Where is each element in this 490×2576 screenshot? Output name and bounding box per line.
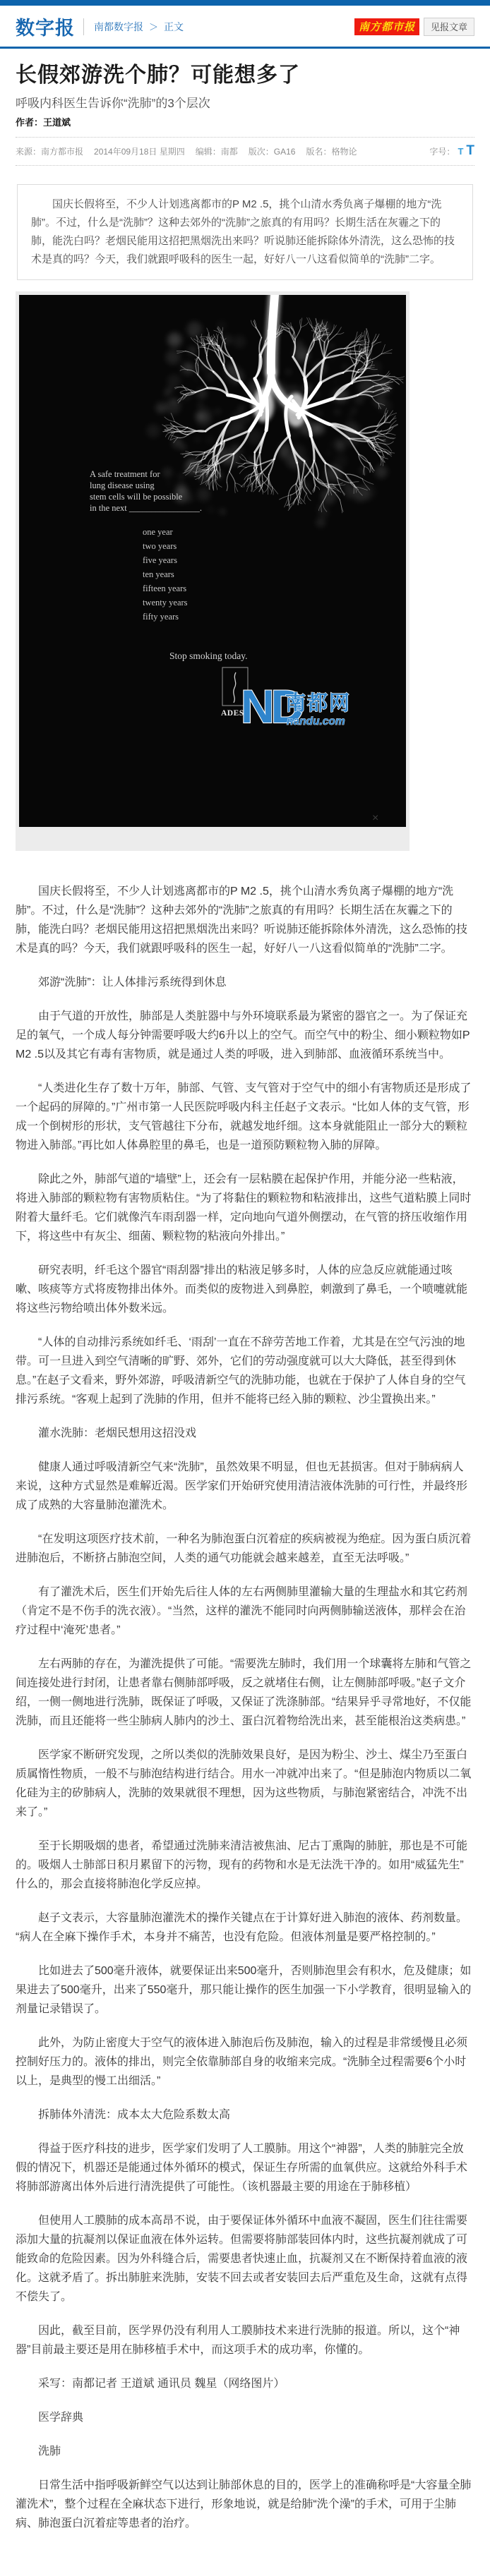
meta-item: 编辑：南都 xyxy=(196,147,238,157)
article-author: 作者：王道斌 xyxy=(16,115,474,128)
ad-option: fifteen years xyxy=(143,583,186,593)
body-paragraph: 健康人通过呼吸清新空气来“洗肺”，虽然效果不明显，但也无甚损害。但对于肺病病人来… xyxy=(16,1458,474,1515)
ad-option: ten years xyxy=(143,569,174,579)
top-bar xyxy=(0,0,490,6)
breadcrumb: 南都数字报 ＞ 正文 xyxy=(94,20,184,34)
site-logo[interactable]: 数字报 xyxy=(16,13,75,40)
ad-option: two years xyxy=(143,541,177,551)
figure-frame: A safe treatment for lung disease using … xyxy=(16,291,410,851)
meta-item: 2014年09月18日 星期四 xyxy=(94,147,185,157)
view-printed-article-button[interactable]: 见报文章 xyxy=(424,18,474,36)
body-paragraph: “人体的自动排污系统如纤毛、‘雨刮’一直在不辞劳苦地工作着，尤其是在空气污浊的地… xyxy=(16,1333,474,1409)
close-icon[interactable]: × xyxy=(372,812,378,824)
watermark-domain: nandu.com xyxy=(287,715,345,727)
article-title: 长假郊游洗个肺？可能想多了 xyxy=(16,62,474,89)
meta-item: 来源：南方都市报 xyxy=(16,147,83,157)
body-paragraph: 此外，为防止密度大于空气的液体进入肺泡后伤及肺泡，输入的过程是非常缓慢且必须控制… xyxy=(16,2033,474,2091)
body-paragraph: 左右两肺的存在，为灌洗提供了可能。“需要洗左肺时，我们用一个球囊将左肺和气管之间… xyxy=(16,1655,474,1731)
body-paragraph: 但使用人工膜肺的成本高昂不说，由于要保证体外循环中血液不凝固，医生们往往需要添加… xyxy=(16,2211,474,2306)
body-paragraph: 国庆长假将至，不少人计划逃离都市的P M2 .5，挑个山清水秀负离子爆棚的地方“… xyxy=(16,882,474,958)
ad-option: fifty years xyxy=(143,612,179,622)
dotted-divider xyxy=(16,165,474,166)
body-paragraph: 由于气道的开放性，肺部是人类脏器中与外环境联系最为紧密的器官之一。为了保证充足的… xyxy=(16,1007,474,1064)
ad-line: in the next ________________. xyxy=(90,503,202,513)
body-paragraph: 至于长期吸烟的患者，希望通过洗肺来清洁被焦油、尼古丁熏陶的肺脏，那也是不可能的。… xyxy=(16,1837,474,1894)
fontsize-label: 字号： xyxy=(429,145,455,157)
ad-line: lung disease using xyxy=(90,480,155,490)
article-figure: A safe treatment for lung disease using … xyxy=(16,291,474,851)
site-header: 数字报 南都数字报 ＞ 正文 南方都市报 见报文章 xyxy=(0,6,490,47)
body-paragraph: 有了灌洗术后，医生们开始先后往人体的左右两侧肺里灌输大量的生理盐水和其它药剂（肯… xyxy=(16,1583,474,1640)
section-heading: 郊游“洗肺”：让人体排污系统得到休息 xyxy=(16,973,474,992)
body-paragraph: “人类进化生存了数十万年，肺部、气管、支气管对于空气中的细小有害物质还是形成了一… xyxy=(16,1079,474,1155)
ad-line: A safe treatment for xyxy=(90,469,160,479)
lead-box: 国庆长假将至，不少人计划逃离都市的P M2 .5，挑个山清水秀负离子爆棚的地方“… xyxy=(17,184,473,280)
body-paragraph: 因此，截至目前，医学界仍没有利用人工膜肺技术来进行洗肺的报道。所以，这个“神器”… xyxy=(16,2321,474,2359)
body-paragraph: 采写：南都记者 王道斌 通讯员 魏星（网络图片） xyxy=(16,2374,474,2393)
body-paragraph: 除此之外，肺部气道的“墙壁”上，还会有一层粘膜在起保护作用，并能分泌一些粘液，将… xyxy=(16,1170,474,1246)
breadcrumb-site-link[interactable]: 南都数字报 xyxy=(94,20,143,34)
chevron-right-icon: ＞ xyxy=(149,20,158,33)
meta-row: 来源：南方都市报2014年09月18日 星期四编辑：南都版次：GA16版名：格物… xyxy=(16,138,474,165)
font-larger-button[interactable]: T xyxy=(466,143,474,159)
lung-ad-image[interactable]: A safe treatment for lung disease using … xyxy=(19,295,406,827)
ad-option: one year xyxy=(143,527,174,537)
header-divider xyxy=(83,18,84,35)
ad-line: stem cells will be possible xyxy=(90,492,183,502)
article: 长假郊游洗个肺？可能想多了 呼吸内科医生告诉你“洗肺”的3个层次 作者：王道斌 … xyxy=(0,62,490,2576)
meta-items: 来源：南方都市报2014年09月18日 星期四编辑：南都版次：GA16版名：格物… xyxy=(16,145,367,157)
article-body: 国庆长假将至，不少人计划逃离都市的P M2 .5，挑个山清水秀负离子爆棚的地方“… xyxy=(16,882,474,2576)
section-heading: 医学辞典 xyxy=(16,2408,474,2427)
body-paragraph: 得益于医疗科技的进步，医学家们发明了人工膜肺。用这个“神器”，人类的肺脏完全放假… xyxy=(16,2139,474,2196)
body-paragraph: 赵子文表示，大容量肺泡灌洗术的操作关键点在于计算好进入肺泡的液体、药剂数量。“病… xyxy=(16,1909,474,1947)
header-rule xyxy=(0,47,490,49)
paper-masthead-badge[interactable]: 南方都市报 xyxy=(354,18,419,35)
meta-item: 版次：GA16 xyxy=(249,147,296,157)
section-heading: 洗肺 xyxy=(16,2442,474,2461)
breadcrumb-current: 正文 xyxy=(164,20,184,34)
font-smaller-button[interactable]: T xyxy=(458,146,463,157)
watermark-cn: 南都网 xyxy=(285,691,351,715)
ad-option: five years xyxy=(143,555,177,565)
body-paragraph: 比如进去了500毫升液体，就要保证出来500毫升，否则肺泡里会有积水，危及健康；… xyxy=(16,1961,474,2019)
section-heading: 拆肺体外清洗：成本太大危险系数太高 xyxy=(16,2105,474,2124)
lead-paragraph: 国庆长假将至，不少人计划逃离都市的P M2 .5，挑个山清水秀负离子爆棚的地方“… xyxy=(31,195,459,269)
ad-option: twenty years xyxy=(143,598,188,607)
meta-item: 版名：格物论 xyxy=(306,147,357,157)
article-subtitle: 呼吸内科医生告诉你“洗肺”的3个层次 xyxy=(16,93,474,111)
body-paragraph: “在发明这项医疗技术前，一种名为肺泡蛋白沉着症的疾病被视为绝症。因为蛋白质沉着进… xyxy=(16,1530,474,1568)
section-heading: 灌水洗肺：老烟民想用这招没戏 xyxy=(16,1424,474,1443)
ad-tagline: Stop smoking today. xyxy=(169,651,248,661)
body-paragraph: 医学家不断研究发现，之所以类似的洗肺效果良好，是因为粉尘、沙土、煤尘乃至蛋白质属… xyxy=(16,1746,474,1822)
body-paragraph: 研究表明，纤毛这个器官“雨刮器”排出的粘液足够多时，人体的应急反应就能通过咳嗽、… xyxy=(16,1261,474,1318)
